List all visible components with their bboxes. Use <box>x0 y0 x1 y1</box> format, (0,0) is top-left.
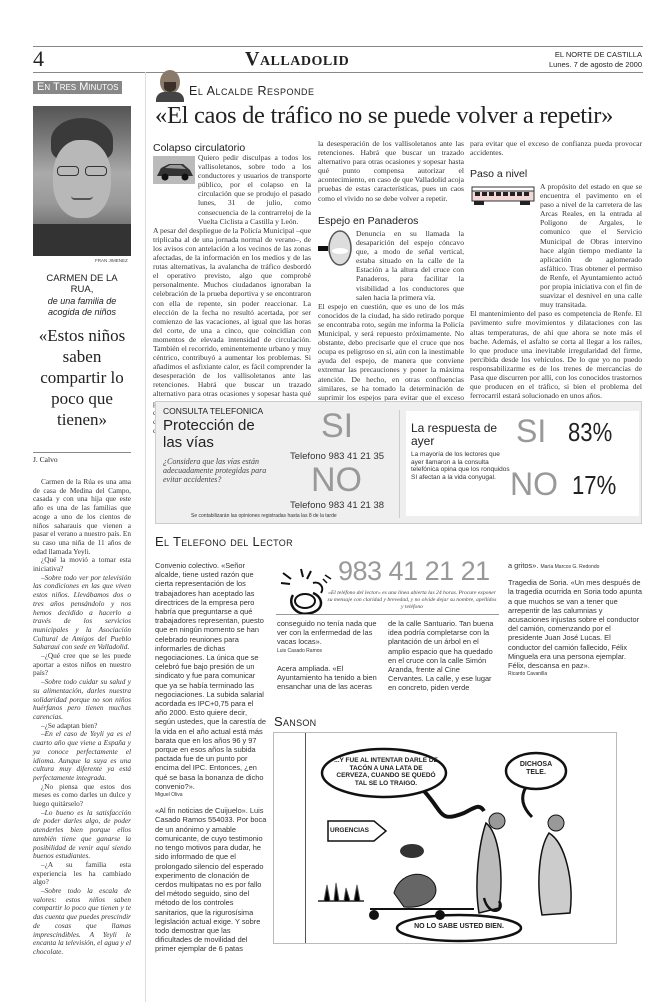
poll-no-phone: Telefono 983 41 21 38 <box>290 500 384 511</box>
poll-result-title: La respuesta de ayer <box>411 422 511 448</box>
cartoon-panel: ...Y FUE AL INTENTAR DARLE DE TACÓN A UN… <box>273 732 617 944</box>
reader-message: a gritos». <box>508 561 538 570</box>
interview-answer: –Sobre todo la escala de valores: estos … <box>33 887 131 957</box>
page-number: 4 <box>33 47 44 71</box>
interview-body: Carmen de la Rúa es una ama de casa de M… <box>33 478 131 957</box>
article-text-colapso-cont: la desesperación de los vallisoletanos a… <box>318 139 464 203</box>
reader-signature: Ricardo Cavanilla <box>508 670 642 679</box>
cartoon-bubble-bottom: NO LO SABE USTED BIEN. <box>404 923 514 930</box>
reader-message: conseguido no tenía nada que ver con la … <box>277 619 383 647</box>
reader-message: Tragedia de Soria. «Un mes después de la… <box>508 578 642 670</box>
subhead-espejo: Espejo en Panaderos <box>318 215 418 227</box>
poll-question: ¿Considera que las vías están adecuadame… <box>163 457 283 484</box>
main-headline: «El caos de tráfico no se puede volver a… <box>155 102 613 130</box>
reader-col-3: de la calle Santuario. Tan buena idea po… <box>388 619 496 693</box>
sidebar-section-label: En Tres Minutos <box>33 81 122 94</box>
subhead-paso: Paso a nivel <box>470 168 527 180</box>
article-text-colapso: Quiero pedir disculpas a todos los valli… <box>153 153 311 435</box>
poll-no-label: NO <box>311 462 362 498</box>
reader-signature: María Marcos G. Redondo <box>540 564 599 570</box>
newspaper-name: EL NORTE DE CASTILLA <box>555 50 642 59</box>
reader-message: «Al fin noticias de Cuijuelo». Luis Casa… <box>155 806 267 953</box>
phone-poll-box: CONSULTA TELEFONICA Protección de las ví… <box>155 401 642 524</box>
article-text-paso: A propósito del estado en que se encuent… <box>470 182 642 400</box>
article-text-espejo: Denuncia en su llamada la desaparición d… <box>318 229 464 411</box>
cartoon-bubble-right: DICHOSA TELE. <box>518 761 554 777</box>
reader-phone-label: El Telefono del Lector <box>155 534 293 549</box>
cartoon-sign: URGENCIAS <box>330 827 369 834</box>
interview-question: ¿Qué la movió a tomar esta iniciativa? <box>33 556 131 573</box>
poll-title: Protección de las vías <box>163 417 263 451</box>
sidebar-byline: J. Calvo <box>33 455 58 464</box>
poll-result-panel: La respuesta de ayer La mayoría de los l… <box>406 411 639 516</box>
reader-phone-note: «El teléfono del lector» es una línea ab… <box>326 590 498 611</box>
article-text-espejo-cont: para evitar que el exceso de confianza p… <box>470 139 642 157</box>
interview-question: –¿A su familia esta experiencia les ha c… <box>33 861 131 887</box>
interview-answer: –Sobre todo cuidar su salud y su aliment… <box>33 678 131 722</box>
portrait-photo <box>33 106 131 256</box>
paso-body: El mantenimiento del paso es competencia… <box>470 309 642 400</box>
poll-yes-label: SI <box>321 408 353 444</box>
colapso-lead: Quiero pedir disculpas a todos los valli… <box>198 153 311 226</box>
interview-paragraph: Carmen de la Rúa es una ama de casa de M… <box>33 478 131 556</box>
reader-col-4: a gritos». María Marcos G. Redondo Trage… <box>508 561 642 679</box>
interviewee-subtitle: de una familia de acogida de niños <box>36 296 128 318</box>
interview-quote: «Estos niños saben compartir lo poco que… <box>33 325 131 430</box>
poll-result-text: La mayoría de los lectores que ayer llam… <box>411 451 513 481</box>
result-yes-pct: 83% <box>568 417 612 447</box>
reader-signature: Miguel Oliva <box>155 791 267 800</box>
interviewee-name: CARMEN DE LA RUA, <box>36 273 128 295</box>
section-title: Valladolid <box>245 48 349 71</box>
reader-message: de la calle Santuario. Tan buena idea po… <box>388 619 496 693</box>
espejo-body: El espejo en cuestión, que es uno de los… <box>318 302 464 411</box>
reader-message: Convenio colectivo. «Señor alcalde, tien… <box>155 561 267 791</box>
reader-col-1: Convenio colectivo. «Señor alcalde, tien… <box>155 561 267 954</box>
photo-credit: FRAN JIMENEZ <box>95 258 128 263</box>
interview-answer: –En el caso de Yeyli ya es el cuarto año… <box>33 730 131 782</box>
interview-question: ¿No piensa que estos dos meses es como d… <box>33 783 131 809</box>
interview-question: –¿Qué cree que se les puede aportar a es… <box>33 652 131 678</box>
poll-label: CONSULTA TELEFONICA <box>163 406 263 416</box>
result-yes-label: SI <box>516 414 546 448</box>
result-no-label: NO <box>510 467 558 501</box>
reader-signature: Luis Casado Ramos <box>277 647 383 656</box>
interview-answer: –Lo bueno es la satisfacción de poder da… <box>33 809 131 861</box>
cartoon-bubble-left: ...Y FUE AL INTENTAR DARLE DE TACÓN A UN… <box>334 757 438 787</box>
espejo-lead: Denuncia en su llamada la desaparición d… <box>356 229 464 302</box>
interview-answer: –Sobre todo ver por televisión las condi… <box>33 574 131 652</box>
reader-col-2: conseguido no tenía nada que ver con la … <box>277 619 383 691</box>
poll-footnote: Se contabilizarán las opiniones registra… <box>191 513 337 519</box>
mayor-portrait <box>156 68 184 102</box>
reader-message: Acera ampliada. «El Ayuntamiento ha teni… <box>277 664 383 692</box>
result-no-pct: 17% <box>572 470 616 500</box>
paso-lead: A propósito del estado en que se encuent… <box>540 182 642 309</box>
reader-phone-number: 983 41 21 21 <box>338 556 490 586</box>
cartoon-section-label: Sanson <box>274 714 316 729</box>
column-section-label: El Alcalde Responde <box>189 84 315 98</box>
issue-date: Lunes. 7 de agosto de 2000 <box>549 60 642 69</box>
